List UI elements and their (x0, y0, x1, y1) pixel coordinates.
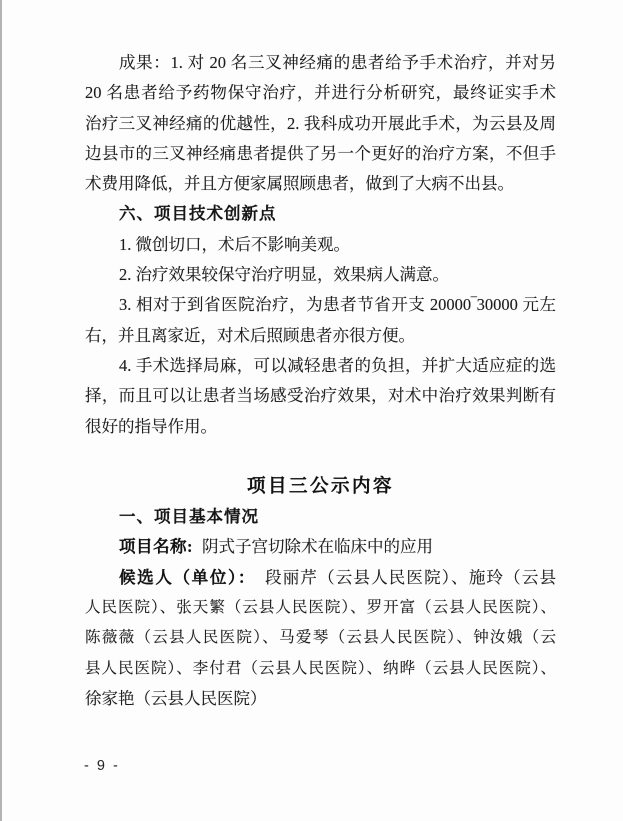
results-paragraph-line: 治疗三叉神经痛的优越性，2. 我科成功开展此手术，为云县及周 (85, 109, 556, 139)
innovation-item-line: 右，并且离家近，对术后照顾患者亦很方便。 (85, 321, 556, 351)
results-paragraph-line: 成果：1. 对 20 名三叉神经痛的患者给予手术治疗，并对另 (85, 48, 556, 78)
results-paragraph-line: 20 名患者给予药物保守治疗，并进行分析研究，最终证实手术 (85, 78, 556, 108)
section-six-heading: 六、项目技术创新点 (85, 199, 556, 229)
results-paragraph-line: 边县市的三叉神经痛患者提供了另一个更好的治疗方案，不但手 (85, 139, 556, 169)
page-number: - 9 - (84, 757, 120, 775)
section-one-heading: 一、项目基本情况 (85, 502, 556, 532)
project-name-value: 阴式子宫切除术在临床中的应用 (202, 537, 433, 556)
candidates-line: 陈薇薇（云县人民医院）、马爱琴（云县人民医院）、钟汝娥（云 (85, 623, 556, 653)
innovation-item-line: 很好的指导作用。 (85, 412, 556, 442)
project-three-title: 项目三公示内容 (85, 472, 556, 502)
innovation-item: 1. 微创切口，术后不影响美观。 (85, 230, 556, 260)
project-name-label: 项目名称: (119, 537, 193, 556)
candidates-label: 候选人（单位）： (119, 568, 256, 587)
scanned-document-page: { "doc": { "p1": { "l1": "成果：1. 对 20 名三叉… (0, 0, 623, 821)
candidates-line: 徐家艳（云县人民医院） (85, 684, 556, 714)
results-paragraph-line: 术费用降低，并且方便家属照顾患者，做到了大病不出县。 (85, 169, 556, 199)
candidates-line: 县人民医院）、李付君（云县人民医院）、纳晔（云县人民医院）、 (85, 654, 556, 684)
candidates-line: 人民医院）、张天繁（云县人民医院）、罗开富（云县人民医院）、 (85, 593, 556, 623)
document-content: 成果：1. 对 20 名三叉神经痛的患者给予手术治疗，并对另 20 名患者给予药… (85, 48, 556, 714)
innovation-item: 2. 治疗效果较保守治疗明显，效果病人满意。 (85, 260, 556, 290)
candidates-names: 段丽芹（云县人民医院）、施玲（云县 (265, 568, 556, 587)
innovation-item-line: 择，而且可以让患者当场感受治疗效果，对术中治疗效果判断有 (85, 381, 556, 411)
project-name-line: 项目名称:阴式子宫切除术在临床中的应用 (85, 532, 556, 562)
candidates-line: 候选人（单位）：段丽芹（云县人民医院）、施玲（云县 (85, 563, 556, 593)
innovation-item-line: 4. 手术选择局麻，可以减轻患者的负担，并扩大适应症的选 (85, 351, 556, 381)
scan-edge-artifact (0, 0, 2, 821)
innovation-item-line: 3. 相对于到省医院治疗，为患者节省开支 20000‾30000 元左 (85, 290, 556, 320)
